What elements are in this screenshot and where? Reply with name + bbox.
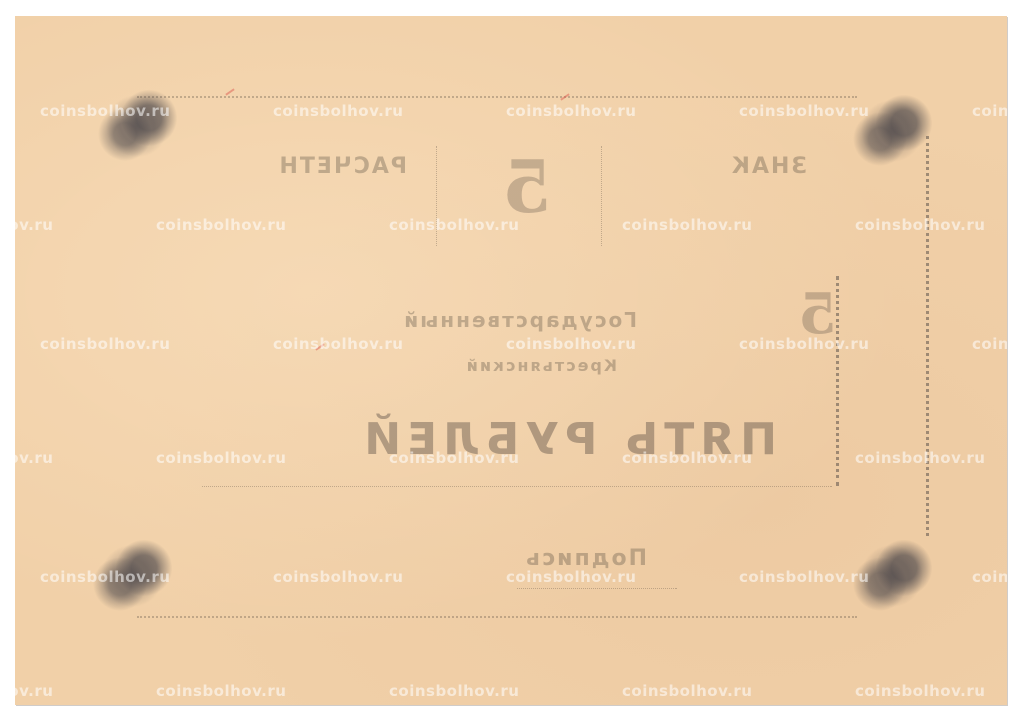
denomination-numeral-side: 5	[798, 281, 837, 347]
top-border-line	[137, 96, 857, 98]
amount-underline	[202, 486, 832, 487]
bottom-border-line	[137, 616, 857, 618]
middle-line-2: Крестьянский	[465, 356, 617, 375]
banknote-paper: ЗНАК РАСЧЕТН 5 5 Государственный Крестья…	[15, 16, 1007, 705]
corner-ornament-tl	[852, 91, 932, 171]
header-label-right: ЗНАК	[730, 154, 807, 179]
denomination-numeral-top: 5	[502, 144, 552, 229]
frame-line-small-2	[436, 146, 437, 246]
corner-ornament-bl	[852, 536, 932, 616]
bleed-through-print: ЗНАК РАСЧЕТН 5 5 Государственный Крестья…	[15, 16, 1007, 705]
signature-label: Подпись	[524, 546, 647, 571]
signature-line	[517, 588, 677, 589]
frame-line-outer	[926, 136, 929, 536]
corner-ornament-tr	[97, 86, 177, 166]
header-label-left: РАСЧЕТН	[277, 154, 407, 179]
frame-line-small	[601, 146, 602, 246]
corner-ornament-br	[92, 536, 172, 616]
amount-words: ПЯТЬ РУБЛЕЙ	[358, 414, 777, 465]
middle-line-1: Государственный	[402, 308, 637, 332]
